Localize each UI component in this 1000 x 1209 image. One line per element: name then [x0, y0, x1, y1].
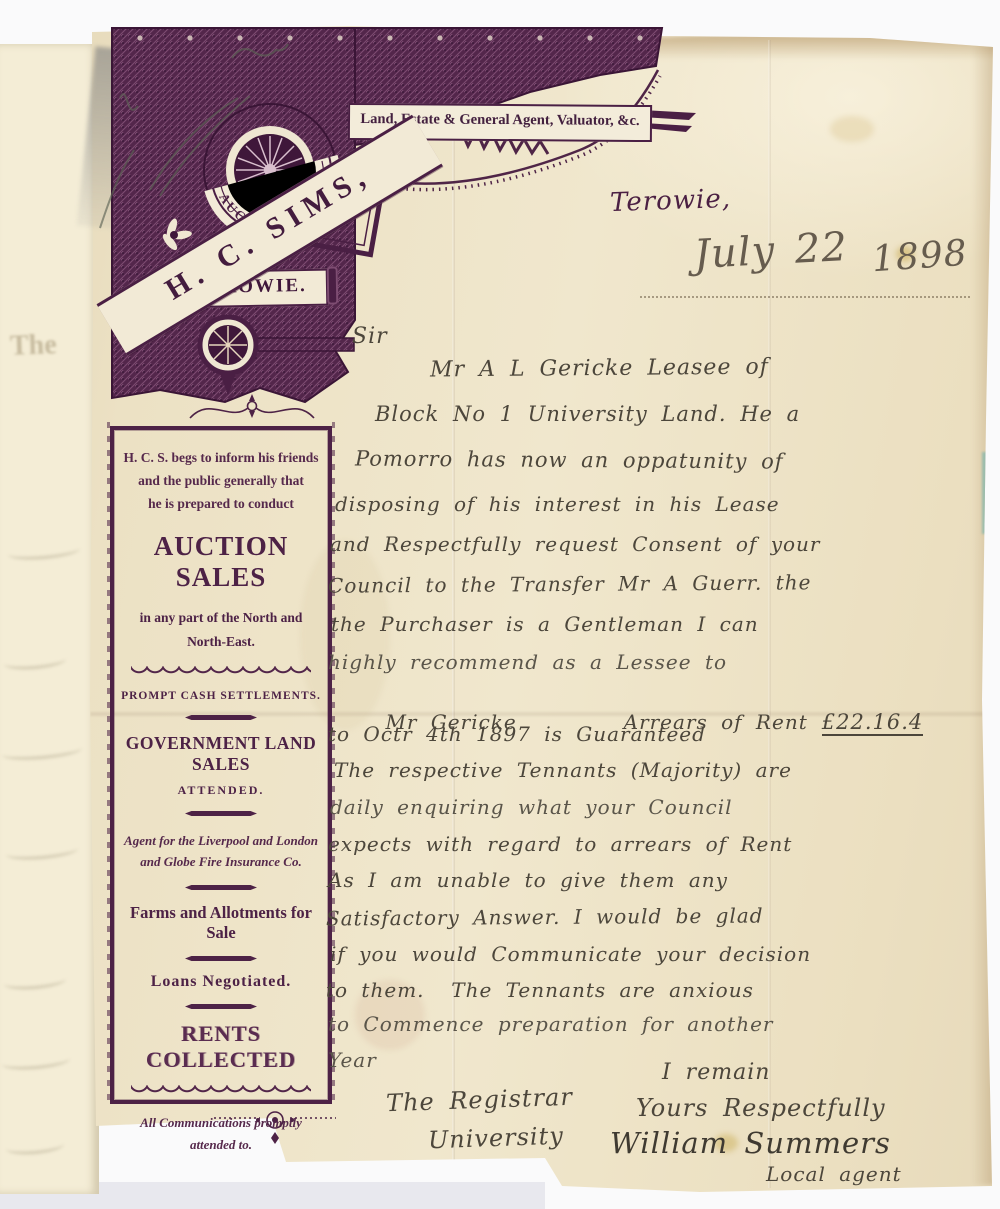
handwritten-line: Council to the Transfer Mr A Guerr. the — [328, 570, 812, 597]
flourish-ornament-bottom — [210, 1104, 340, 1146]
pencil-scribble — [80, 20, 340, 240]
showthrough-mark — [3, 651, 66, 671]
addressee-line: University — [428, 1122, 565, 1155]
panel-intro-line: and the public generally that — [114, 469, 328, 492]
panel-intro-line: he is prepared to conduct — [114, 492, 328, 515]
showthrough-mark — [3, 971, 66, 991]
insurance-line: and Globe Fire Insurance Co. — [114, 851, 328, 872]
year-handwritten: 1898 — [871, 233, 969, 281]
date-handwritten: July 22 — [693, 224, 849, 278]
rule-divider — [185, 715, 257, 720]
handwritten-line: The respective Tennants (Majority) are — [334, 758, 792, 782]
handwritten-line: daily enquiring what your Council — [330, 795, 733, 819]
handwritten-line: and Respectfully request Consent of your — [330, 532, 821, 556]
showthrough-mark — [1, 1051, 70, 1072]
flourish-ornament-top — [182, 388, 322, 428]
showthrough-mark — [1, 741, 82, 763]
rule-divider — [185, 885, 257, 890]
closing-respectfully: Yours Respectfully — [636, 1094, 886, 1122]
handwritten-line: highly recommend as a Lessee to — [328, 650, 727, 674]
rule-divider — [185, 956, 257, 961]
handwritten-line: As I am unable to give them any — [328, 868, 728, 892]
auction-sales-title: AUCTION SALES — [114, 531, 328, 593]
loans-negotiated: Loans Negotiated. — [114, 973, 328, 991]
signature: William Summers — [610, 1126, 891, 1160]
cash-settlements: PROMPT CASH SETTLEMENTS. — [114, 690, 328, 702]
farms-allotments: Farms and Allotments for Sale — [114, 903, 328, 943]
closing-remain: I remain — [662, 1060, 770, 1085]
showthrough-mark — [5, 841, 78, 862]
services-notice-panel: H. C. S. begs to inform his friends and … — [110, 426, 332, 1104]
handwritten-line: Mr A L Gericke Leasee of — [430, 355, 769, 383]
signature-role: Local agent — [766, 1162, 902, 1186]
wavy-divider — [131, 666, 311, 676]
rents-collected: RENTS COLLECTED — [114, 1021, 328, 1073]
government-land-sales: GOVERNMENT LAND SALES — [114, 733, 328, 775]
attended-label: ATTENDED. — [114, 783, 328, 798]
handwritten-line: the Purchaser is a Gentleman I can — [331, 612, 759, 636]
handwritten-line: to Octr 4th 1897 is Guaranteed — [328, 722, 706, 746]
wavy-divider — [131, 1085, 311, 1095]
handwritten-line: disposing of his interest in his Lease — [335, 492, 780, 516]
salutation: Sir — [352, 324, 388, 349]
handwritten-line: Year — [328, 1048, 377, 1072]
handwritten-line: Pomorro has now an oppatunity of — [355, 447, 784, 474]
panel-area-line: in any part of the North and — [114, 606, 328, 630]
showthrough-mark — [5, 1137, 64, 1157]
panel-area-line: North-East. — [114, 630, 328, 654]
rule-divider — [185, 811, 257, 816]
foxing-spot — [830, 116, 874, 142]
arrears-amount: £22.16.4 — [822, 710, 924, 736]
handwritten-line: Satisfactory Answer. I would be glad — [326, 903, 764, 930]
showthrough-text: The — [9, 329, 57, 363]
scanned-letter-page: The — [0, 0, 1000, 1209]
rule-divider — [185, 1004, 257, 1009]
handwritten-line: Block No 1 University Land. He a — [375, 402, 800, 426]
panel-intro-line: H. C. S. begs to inform his friends — [114, 446, 328, 469]
insurance-line: Agent for the Liverpool and London — [114, 830, 328, 851]
handwritten-line: to Commence preparation for another — [328, 1012, 773, 1036]
blue-edge-mark — [982, 452, 995, 534]
handwritten-line: expects with regard to arrears of Rent — [328, 832, 792, 856]
handwritten-line: if you would Communicate your decision — [330, 942, 811, 966]
edge-stain — [972, 45, 996, 1185]
handwritten-line: to them. The Tennants are anxious — [326, 978, 754, 1002]
showthrough-mark — [7, 541, 80, 562]
